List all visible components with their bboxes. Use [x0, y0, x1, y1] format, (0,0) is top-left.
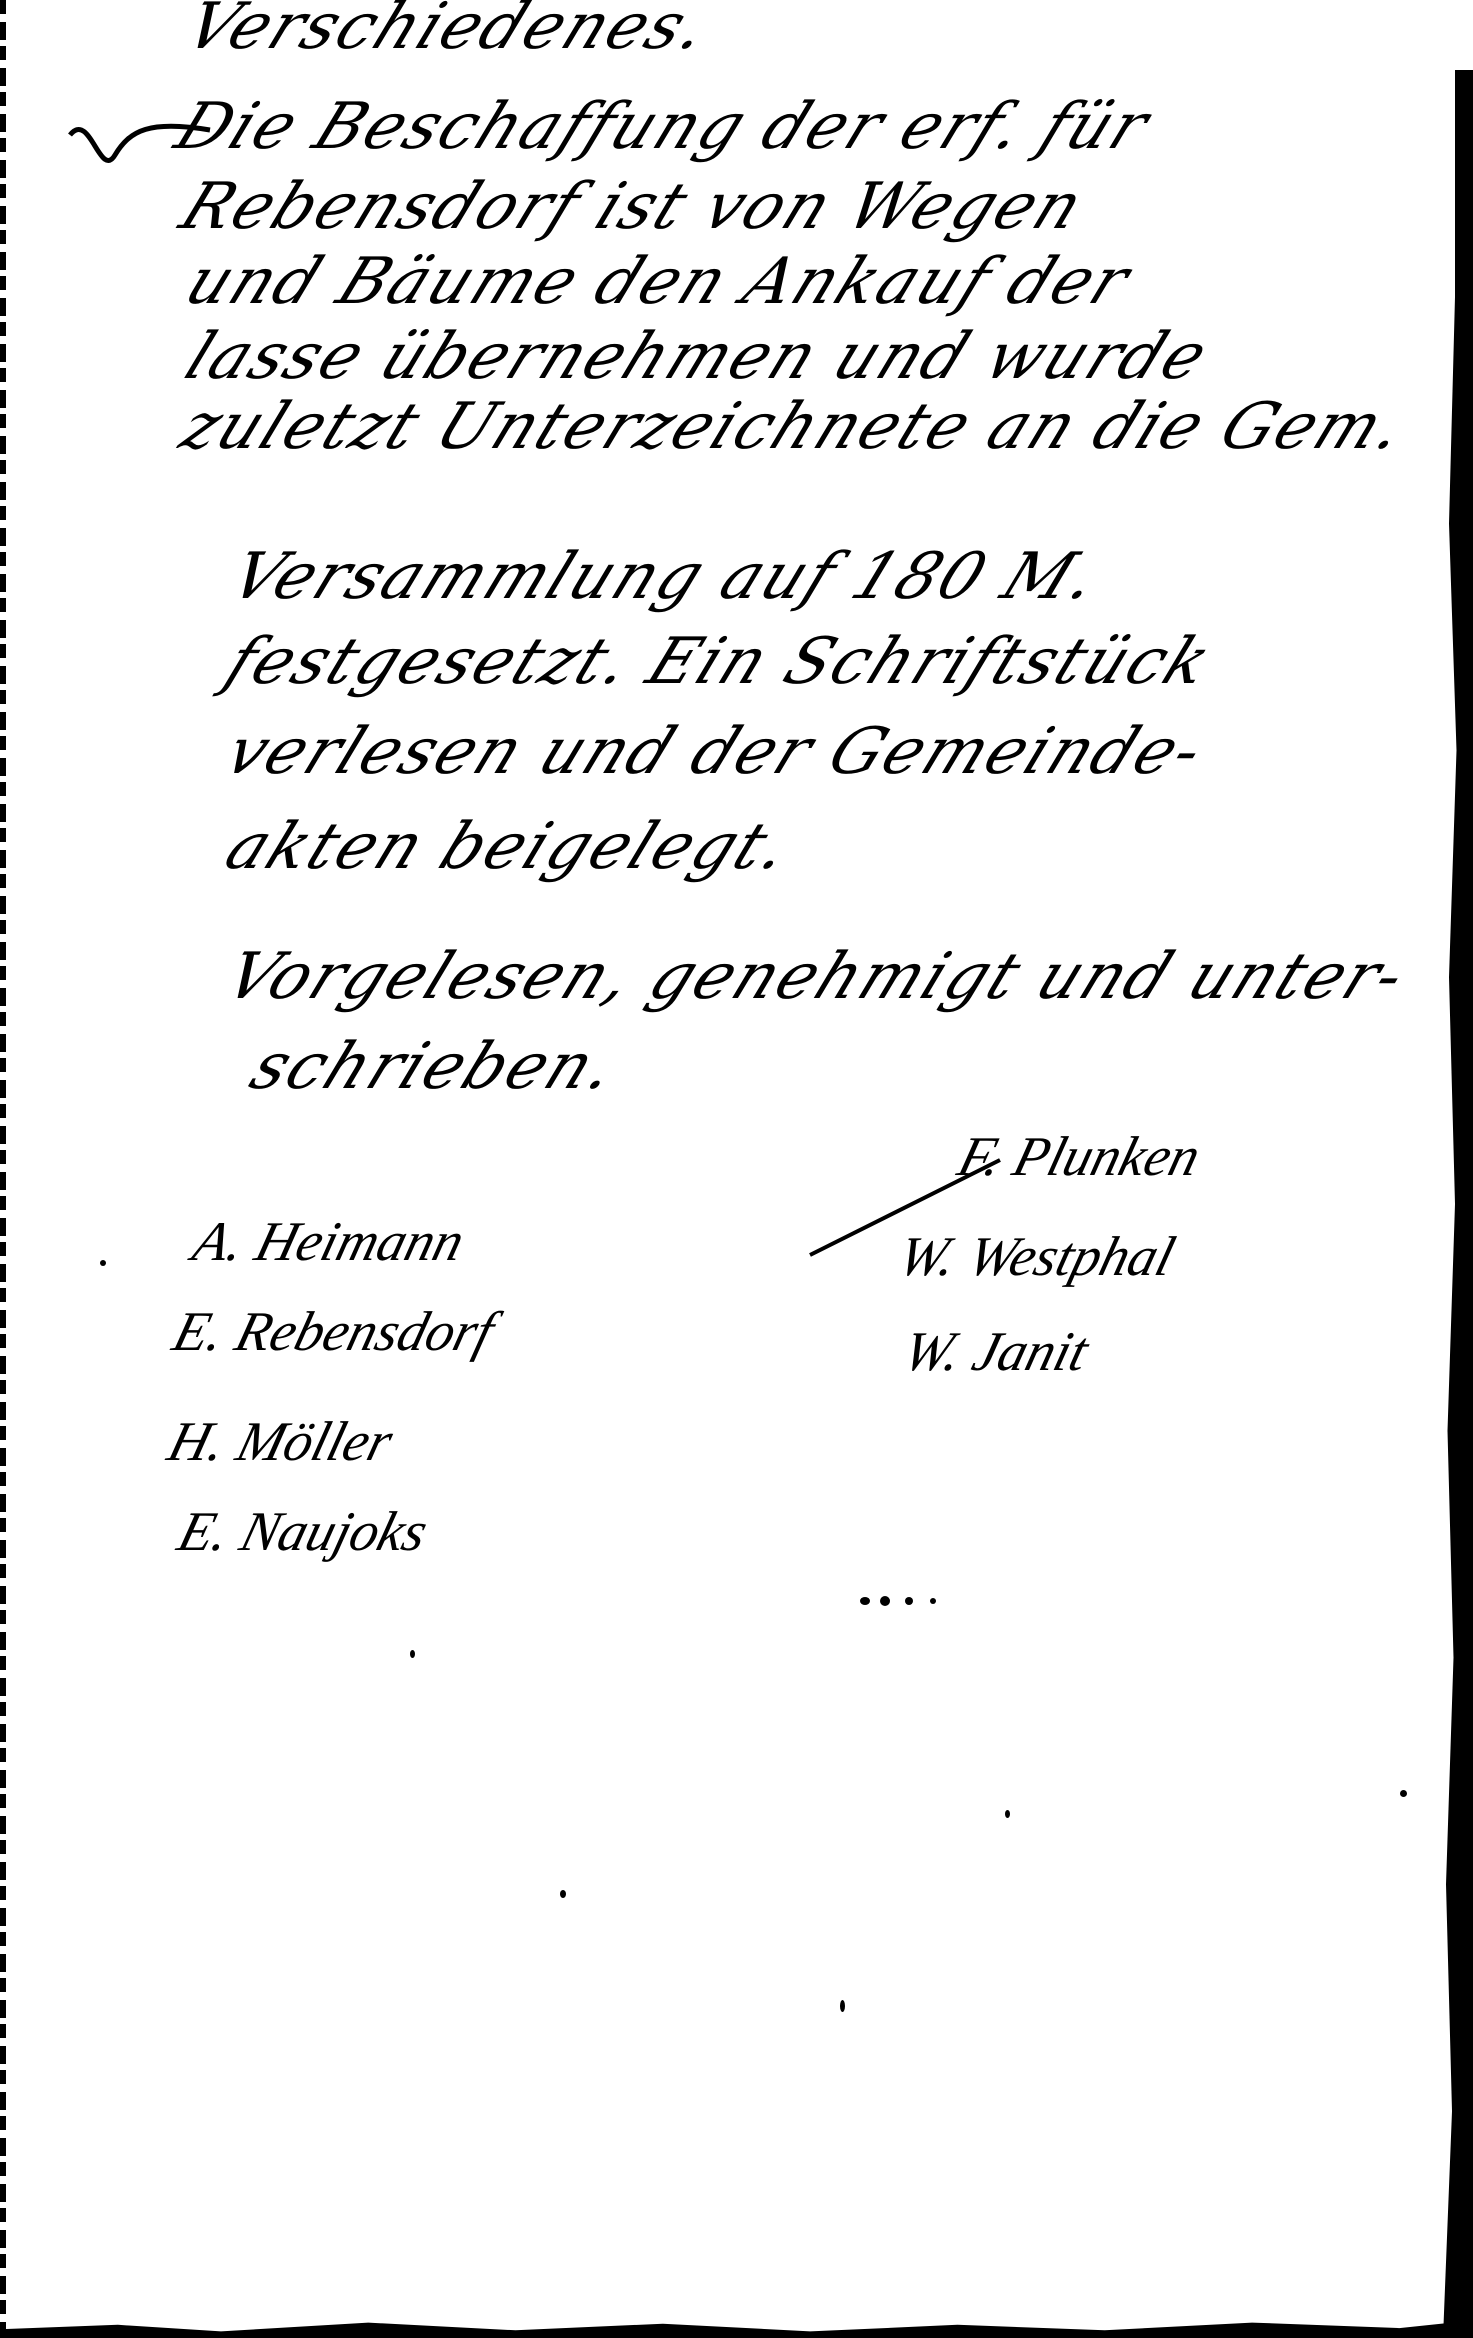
signature-right-1: F. Plunken: [951, 1125, 1207, 1189]
signature-left-2: E. Rebensdorf: [166, 1300, 500, 1364]
document-page: Verschiedenes. Die Beschaffung der erf. …: [0, 0, 1473, 2338]
signature-right-3: W. Janit: [896, 1320, 1095, 1384]
page-bottom-edge: [0, 2316, 1473, 2338]
ink-speck: [560, 1890, 566, 1898]
text-line-2: Die Beschaffung der erf. für: [165, 90, 1161, 164]
signature-left-4: E. Naujoks: [171, 1500, 434, 1564]
text-line-4: und Bäume den Ankauf der: [175, 245, 1141, 319]
ink-speck: [1400, 1790, 1407, 1797]
text-line-5: lasse übernehmen und wurde: [175, 320, 1220, 394]
ink-speck: [905, 1597, 913, 1605]
signature-left-1: A. Heimann: [186, 1210, 471, 1274]
text-line-3: Rebensdorf ist von Wegen: [170, 170, 1095, 244]
text-line-12: schrieben.: [240, 1030, 629, 1104]
signature-left-3: H. Möller: [161, 1410, 399, 1474]
text-line-7: Versammlung auf 180 M.: [220, 540, 1111, 614]
ink-speck: [100, 1260, 106, 1266]
ink-speck: [880, 1596, 890, 1606]
ink-speck: [840, 2000, 845, 2012]
text-line-10: akten beigelegt.: [215, 810, 803, 884]
text-line-6: zuletzt Unterzeichnete an die Gem.: [170, 390, 1418, 464]
text-line-9: verlesen und der Gemeinde-: [215, 715, 1215, 789]
text-line-11: Vorgelesen, genehmigt und unter-: [215, 940, 1418, 1014]
signature-right-2: W. Westphal: [891, 1225, 1181, 1289]
ink-speck: [410, 1650, 415, 1658]
page-right-edge: [1443, 70, 1473, 2338]
ink-speck: [930, 1598, 936, 1604]
ink-speck: [1005, 1810, 1010, 1818]
page-left-edge: [0, 0, 6, 2338]
text-line-1: Verschiedenes.: [175, 0, 721, 64]
ink-speck: [860, 1597, 870, 1605]
text-line-8: festgesetzt. Ein Schriftstück: [215, 625, 1223, 699]
